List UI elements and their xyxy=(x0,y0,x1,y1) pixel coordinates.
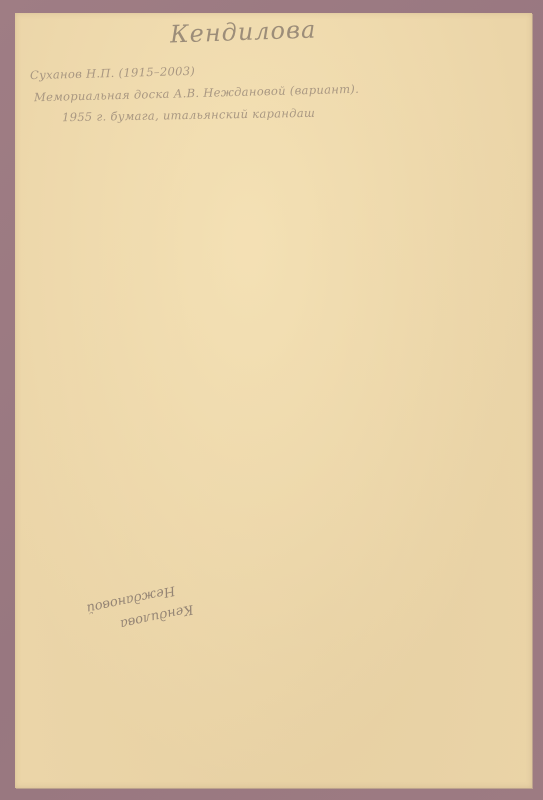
paper-sheet xyxy=(15,13,532,788)
top-inscription: Кендилова xyxy=(170,15,317,48)
